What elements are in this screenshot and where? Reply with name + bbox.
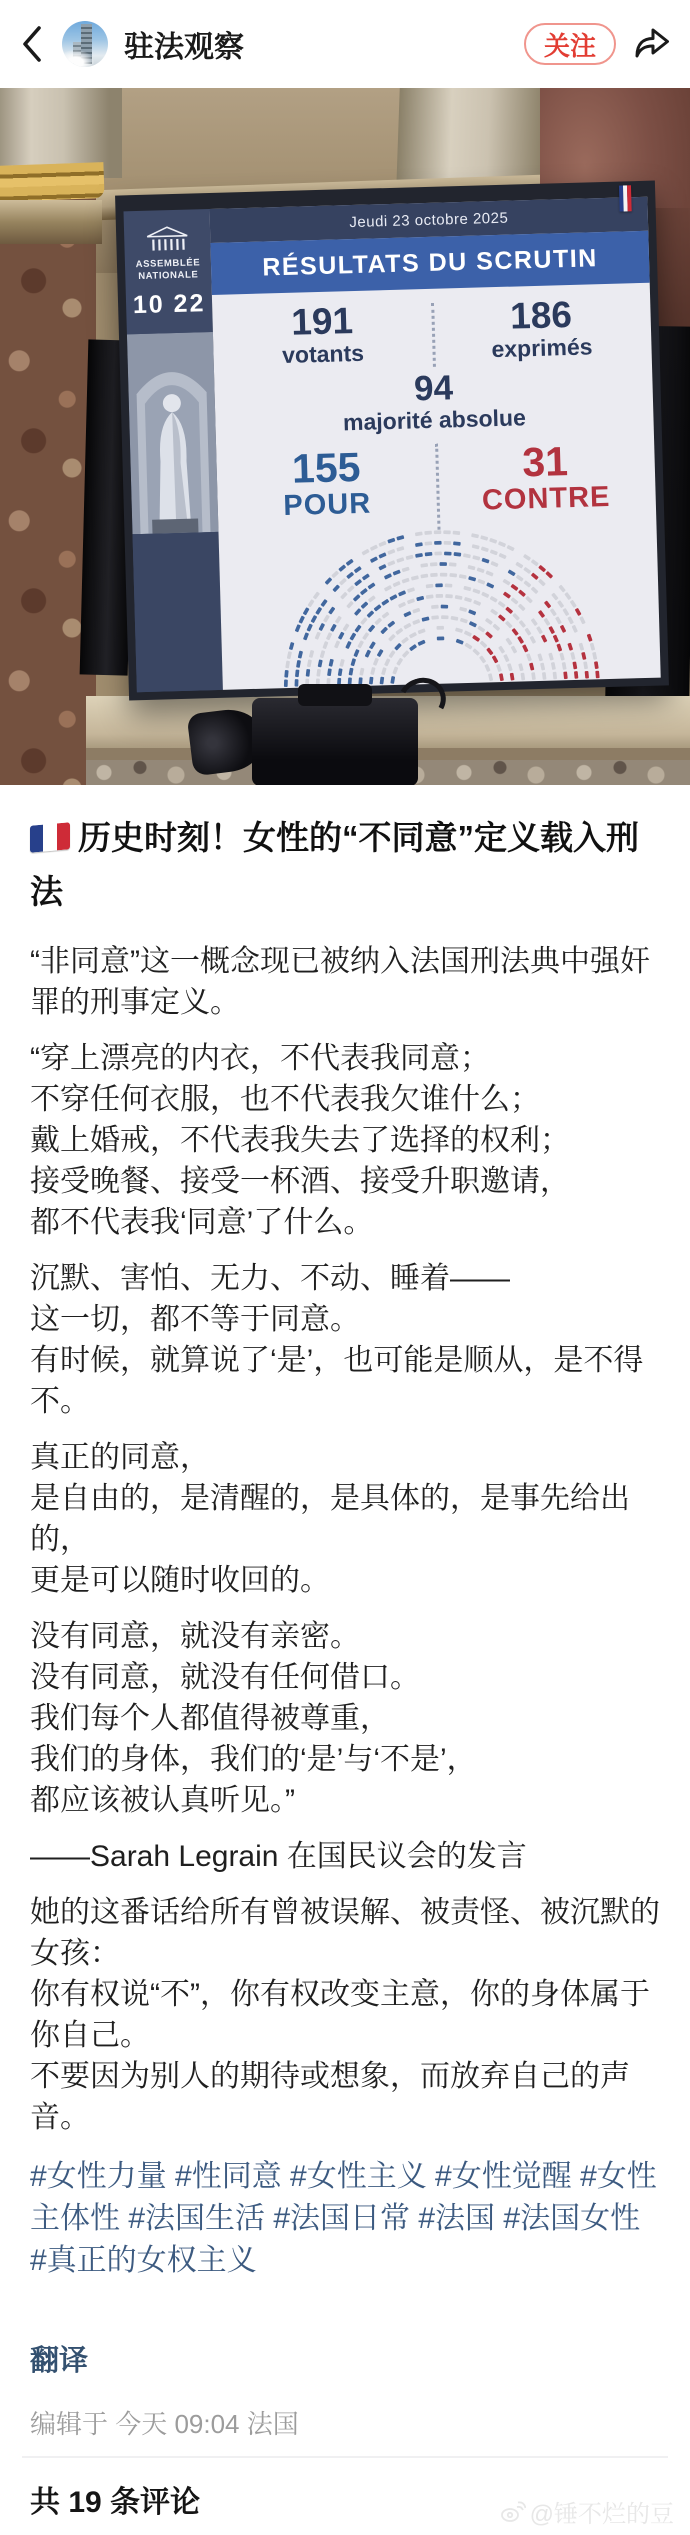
gilded-column-base	[0, 162, 105, 202]
votants-value: 191	[212, 299, 432, 345]
post-body: “非同意”这一概念现已被纳入法国刑法典中强奸罪的刑事定义。“穿上漂亮的内衣，不代…	[30, 941, 660, 2138]
top-bar: 驻法观察 关注	[0, 0, 690, 88]
weibo-logo-icon	[500, 2501, 526, 2523]
comments-count-header: 共 19 条评论	[30, 2477, 200, 2521]
french-flag-emoji	[30, 822, 70, 852]
translate-link[interactable]: 翻译	[30, 2338, 88, 2379]
username[interactable]: 驻法观察	[124, 22, 244, 66]
pour-value: 155	[216, 444, 436, 493]
post-title: 历史时刻！女性的“不同意”定义载入刑法	[30, 811, 660, 919]
french-flag-icon	[619, 185, 632, 211]
scrutin-date: Jeudi 23 octobre 2025	[349, 209, 508, 230]
edit-meta: 编辑于 今天 09:04 法国	[30, 2404, 299, 2441]
tv-camera-handle	[298, 684, 372, 706]
post-paragraph: ——Sarah Legrain 在国民议会的发言	[30, 1836, 660, 1877]
exprimes-value: 186	[431, 293, 651, 339]
assemblee-nationale-label: ASSEMBLÉE NATIONALE	[125, 257, 212, 283]
left-pedestal-molding	[0, 200, 102, 244]
post-content: 历史时刻！女性的“不同意”定义载入刑法 “非同意”这一概念现已被纳入法国刑法典中…	[0, 785, 690, 2282]
assemblee-nationale-logo-icon	[145, 226, 190, 253]
hashtag-links[interactable]: #女性力量 #性同意 #女性主义 #女性觉醒 #女性主体性 #法国生活 #法国日…	[30, 2156, 660, 2282]
post-paragraph: 沉默、害怕、无力、不动、睡着—— 这一切，都不等于同意。 有时候，就算说了‘是’…	[30, 1258, 660, 1422]
avatar[interactable]	[62, 21, 108, 67]
post-title-text: 历史时刻！女性的“不同意”定义载入刑法	[30, 819, 639, 910]
vote-results-screen: ASSEMBLÉE NATIONALE 10 22	[115, 181, 669, 701]
statue-image	[127, 332, 219, 534]
contre-label: CONTRE	[436, 481, 656, 518]
post-paragraph: 她的这番话给所有曾被误解、被责怪、被沉默的女孩： 你有权说“不”，你有权改变主意…	[30, 1892, 660, 2138]
screen-sidebar: ASSEMBLÉE NATIONALE 10 22	[123, 209, 222, 692]
left-marble-wall	[0, 172, 96, 785]
scrutin-title: RÉSULTATS DU SCRUTIN	[262, 244, 598, 282]
hemicycle-seat-map	[232, 520, 647, 690]
post-image[interactable]: ASSEMBLÉE NATIONALE 10 22	[0, 88, 690, 785]
share-icon[interactable]	[634, 27, 670, 61]
post-paragraph: “穿上漂亮的内衣，不代表我同意； 不穿任何衣服，也不代表我欠谁什么； 戴上婚戒，…	[30, 1038, 660, 1243]
back-icon[interactable]	[20, 24, 50, 64]
post-paragraph: 真正的同意， 是自由的，是清醒的，是具体的，是事先给出的， 更是可以随时收回的。	[30, 1437, 660, 1601]
contre-value: 31	[435, 438, 655, 487]
post-paragraph: “非同意”这一概念现已被纳入法国刑法典中强奸罪的刑事定义。	[30, 941, 660, 1023]
follow-button[interactable]: 关注	[524, 23, 616, 65]
exprimes-label: exprimés	[432, 333, 652, 364]
tv-camera	[252, 698, 418, 785]
watermark: @锤不烂的豆	[500, 2494, 674, 2529]
section-divider	[22, 2456, 668, 2458]
post-paragraph: 没有同意，就没有亲密。 没有同意，就没有任何借口。 我们每个人都值得被尊重， 我…	[30, 1616, 660, 1821]
screen-main: Jeudi 23 octobre 2025 RÉSULTATS DU SCRUT…	[209, 197, 660, 690]
votants-label: votants	[213, 339, 433, 370]
screen-clock: 10 22	[132, 289, 205, 320]
weibo-post-page: 驻法观察 关注	[0, 0, 690, 2535]
watermark-text: @锤不烂的豆	[530, 2494, 674, 2529]
pour-label: POUR	[217, 487, 437, 524]
